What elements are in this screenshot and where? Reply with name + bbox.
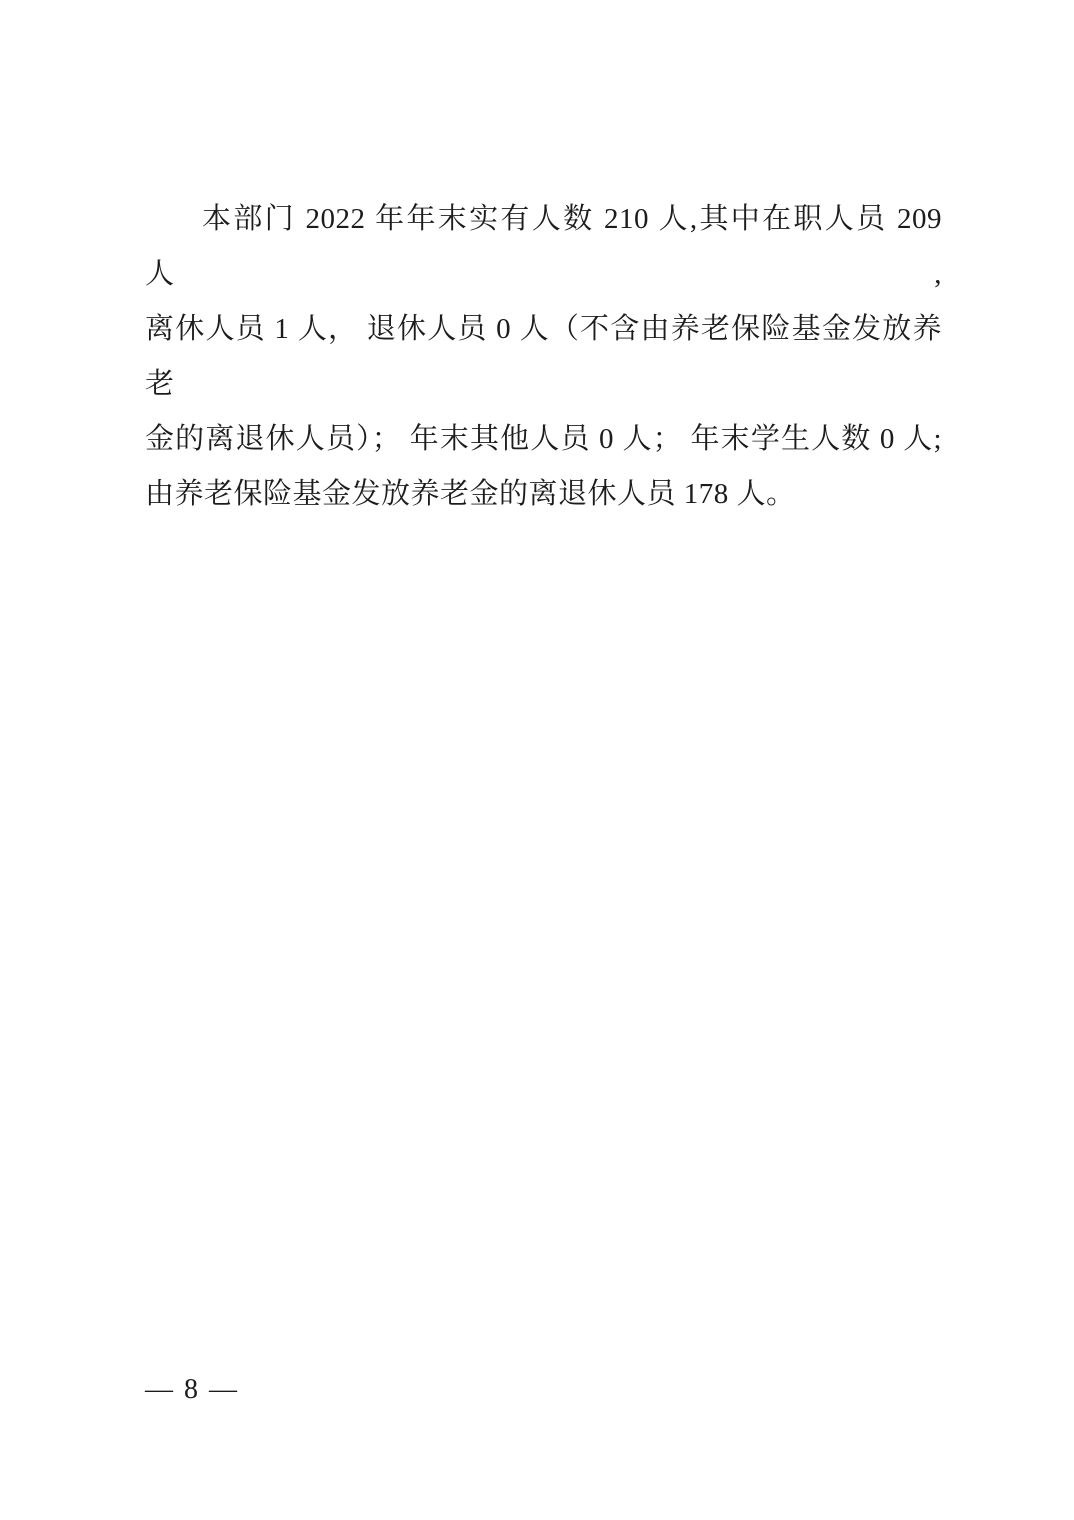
body-paragraph: 本部门 2022 年年末实有人数 210 人,其中在职人员 209 人, 离休人… [145,192,942,522]
paragraph-line-2: 离休人员 1 人， 退休人员 0 人（不含由养老保险基金发放养老 [145,302,942,412]
paragraph-line-3: 金的离退休人员）； 年末其他人员 0 人； 年末学生人数 0 人; [145,412,942,467]
document-page: 本部门 2022 年年末实有人数 210 人,其中在职人员 209 人, 离休人… [0,0,1074,1520]
paragraph-line-4: 由养老保险基金发放养老金的离退休人员 178 人。 [145,467,942,522]
paragraph-line-1: 本部门 2022 年年末实有人数 210 人,其中在职人员 209 人, [145,192,942,302]
page-footer: — 8 — [145,1371,239,1409]
page-number: — 8 — [145,1371,239,1409]
